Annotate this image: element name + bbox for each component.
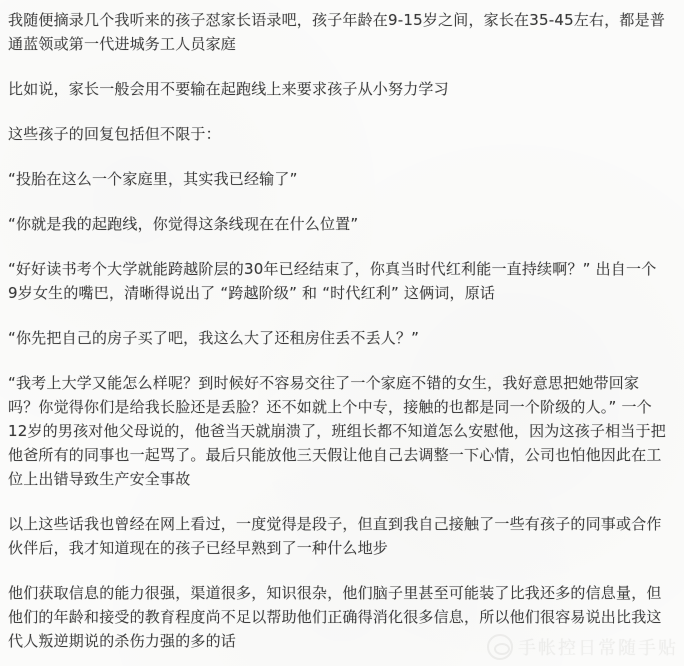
- paragraph: “你先把自己的房子买了吧，我这么大了还租房住丢不丢人？”: [8, 326, 676, 350]
- paragraph: 这些孩子的回复包括但不限于：: [8, 122, 676, 146]
- paragraph: “我考上大学又能怎么样呢？到时候好不容易交往了一个家庭不错的女生，我好意思把她带…: [8, 371, 676, 491]
- post-body: 我随便摘录几个我听来的孩子怼家长语录吧，孩子年龄在9-15岁之间，家长在35-4…: [8, 8, 676, 666]
- paragraph: 以上这些话我也曾经在网上看过，一度觉得是段子，但直到我自己接触了一些有孩子的同事…: [8, 512, 676, 560]
- paragraph: “投胎在这么一个家庭里，其实我已经输了”: [8, 167, 676, 191]
- weibo-eye-icon: [487, 634, 513, 660]
- paragraph: 我随便摘录几个我听来的孩子怼家长语录吧，孩子年龄在9-15岁之间，家长在35-4…: [8, 8, 676, 56]
- watermark-text: 手帐控日常随手贴: [518, 634, 678, 660]
- paragraph: “你就是我的起跑线，你觉得这条线现在在什么位置”: [8, 212, 676, 236]
- paragraph-list: 我随便摘录几个我听来的孩子怼家长语录吧，孩子年龄在9-15岁之间，家长在35-4…: [8, 8, 676, 653]
- paragraph: “好好读书考个大学就能跨越阶层的30年已经结束了，你真当时代红利能一直持续啊？”…: [8, 257, 676, 305]
- watermark: 手帐控日常随手贴: [487, 634, 678, 660]
- screenshot-root: { "page": { "background_color": "#fbfbfa…: [0, 0, 684, 666]
- paragraph: 比如说，家长一般会用不要输在起跑线上来要求孩子从小努力学习: [8, 77, 676, 101]
